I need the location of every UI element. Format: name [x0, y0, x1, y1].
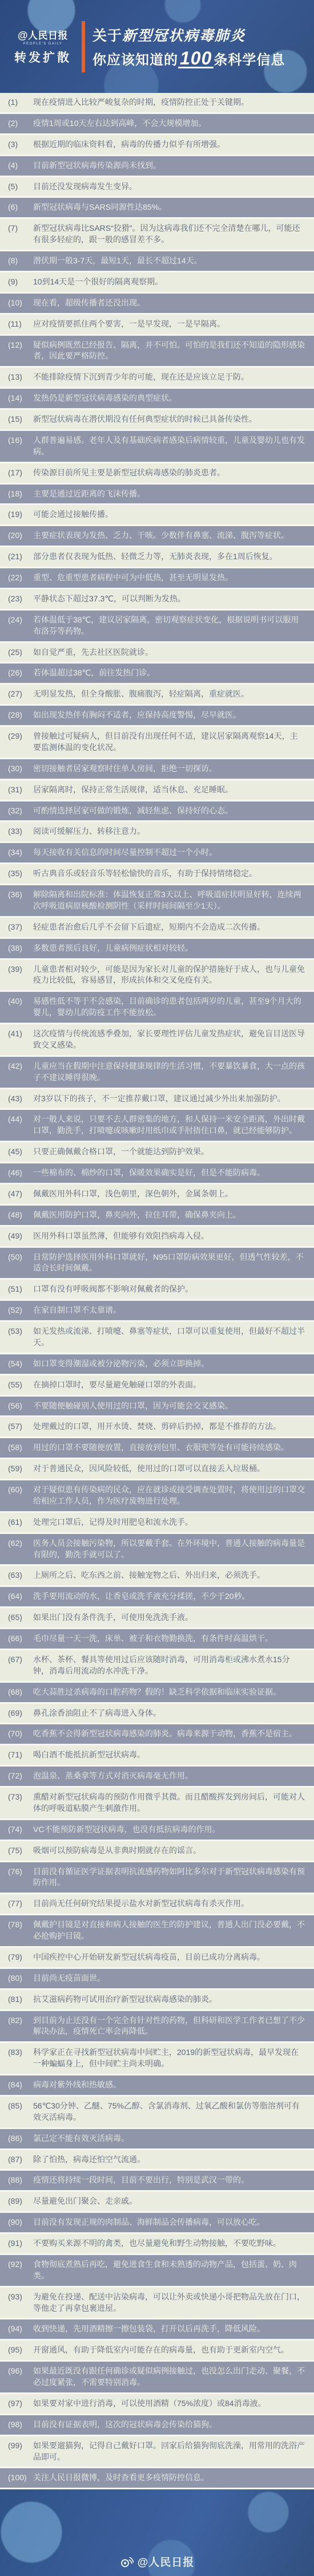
item-text: 病毒对紫外线和热敏感。	[33, 2079, 305, 2091]
item-number: (12)	[8, 340, 33, 363]
item-text: 居家隔离时，保持正常生活规律，适当休息、充足睡眠。	[33, 784, 305, 796]
list-item: (100) 关注人民日报微博，及时查看更多疫情防控信息。	[0, 2468, 314, 2488]
item-text: 应对疫情要抓住两个要害，一是早发现，一是早隔离。	[33, 319, 305, 330]
footer-credit-text: @人民日报	[138, 2554, 195, 2569]
list-item: (13) 不能排除疫情下沉到青少年的可能，现在还是应该立足于防。	[0, 368, 314, 387]
item-text: VC不能预防新型冠状病毒，也没有抵抗病毒的作用。	[33, 1824, 305, 1836]
item-text: 如果要对家中进行消毒，可以使用酒精（75%浓度）或84消毒液。	[33, 2398, 305, 2410]
list-item: (50) 日常防护选择医用外科口罩就好，N95口罩防病效果更好，但透气性较差，不…	[0, 1248, 314, 1279]
item-number: (46)	[8, 1167, 33, 1179]
list-item: (2) 疫情1周或10天左右达到高峰，不会大规模增加。	[0, 114, 314, 133]
item-number: (43)	[8, 1093, 33, 1105]
item-text: 新型冠状病毒比SARS“狡猾”。因为这病毒我们还不完全清楚在哪儿，可能还有很多轻…	[33, 223, 305, 246]
item-text: 抗艾滋病药物可试用治疗新型冠状病毒感染的肺炎。	[33, 1994, 305, 2005]
item-text: 处理戴过的口罩，用开水烫、焚烧、剪碎后扔掉，都是不推荐的方法。	[33, 1421, 305, 1433]
list-item: (59) 对于普通民众，因风险较低，使用过的口罩可以直接丢入垃圾桶。	[0, 1459, 314, 1479]
list-item: (92) 食物彻底煮熟后再吃，避免进食生食和未熟透的动物产品，包括蛋、奶、肉类。	[0, 2255, 314, 2286]
item-number: (60)	[8, 1484, 33, 1507]
item-text: 每天接收有关信息的时间尽量控制不超过一个小时。	[33, 847, 305, 858]
list-item: (31) 居家隔离时，保持正常生活规律，适当休息、充足睡眠。	[0, 780, 314, 800]
item-text: 到目前为止还没有一个完全有针对性的药物，但科研和医学工作者已想了不少解决办法，疫…	[33, 2015, 305, 2038]
list-item: (96) 如果最近既没有跟任何确诊或疑似病例接触过，也没怎么出门走动、聚餐，不必…	[0, 2362, 314, 2392]
item-number: (51)	[8, 1284, 33, 1295]
item-text: 佩戴护目镜是对直接和病人接触的医生的防护建议，普通人出门没必要戴，不必抢购护目镜…	[33, 1919, 305, 1942]
item-text: 在家自制口罩不太靠谱。	[33, 1305, 305, 1316]
item-text: 多数患者预后良好，儿童病例症状相对较轻。	[33, 943, 305, 954]
item-text: 目前没有发现正规的肉制品、海鲜制品会传播病毒，可以放心吃。	[33, 2217, 305, 2228]
item-number: (55)	[8, 1379, 33, 1391]
item-number: (3)	[8, 139, 33, 150]
item-number: (47)	[8, 1189, 33, 1200]
item-text: 如果最近既没有跟任何确诊或疑似病例接触过，也没怎么出门走动、聚餐，不必过度紧张，…	[33, 2366, 305, 2388]
item-number: (92)	[8, 2259, 33, 2282]
title-line-1: 关于新型冠状病毒肺炎	[92, 25, 309, 45]
list-item: (60) 对于疑似患有传染病的民众，应在就诊或接受调查处置时，将使用过的口罩交给…	[0, 1480, 314, 1511]
item-text: 用过的口罩不要随便放置，直接放到包里、衣服兜等处有可能持续感染。	[33, 1442, 305, 1454]
item-text: 疑似病例既然已经报告、隔离，并不可怕。可怕的是我们还不知道的隐形感染者，因此要严…	[33, 340, 305, 363]
item-number: (4)	[8, 160, 33, 172]
item-number: (83)	[8, 2047, 33, 2070]
item-number: (50)	[8, 1252, 33, 1275]
logo-subtitle: PEOPLE'S DAILY	[9, 42, 77, 46]
item-text: 轻症患者治愈后几乎不会留下后遗症，短期内不会造成二次传播。	[33, 922, 305, 933]
logo-name: @人民日报	[9, 27, 77, 42]
item-text: 如自觉严重，先去社区医院就诊。	[33, 647, 305, 658]
item-number: (44)	[8, 1114, 33, 1137]
item-number: (85)	[8, 2101, 33, 2123]
list-item: (98) 目前没有证据表明，这次的冠状病毒会传染给猫狗。	[0, 2415, 314, 2435]
header-banner: @人民日报 PEOPLE'S DAILY 转发扩散 关于新型冠状病毒肺炎 你应该…	[0, 0, 314, 93]
item-text: 目前新型冠状病毒传染源尚未找到。	[33, 160, 305, 172]
item-number: (99)	[8, 2440, 33, 2463]
item-text: 新型冠状病毒在潜伏期没有任何典型症状的时候已具备传染性。	[33, 414, 305, 425]
item-number: (82)	[8, 2015, 33, 2038]
item-number: (86)	[8, 2133, 33, 2144]
item-text: 科学家正在寻找新型冠状病毒中间贮主，2019的新型冠状病毒，最早发现在一种蝙蝠身…	[33, 2047, 305, 2070]
item-number: (100)	[8, 2472, 33, 2484]
footer-banner: @人民日报	[0, 2489, 314, 2576]
item-number: (19)	[8, 509, 33, 520]
item-number: (98)	[8, 2419, 33, 2431]
item-text: 对于普通民众，因风险较低，使用过的口罩可以直接丢入垃圾桶。	[33, 1463, 305, 1475]
item-text: 佩戴医用外科口罩，浅色朝里，深色朝外，金属条朝上。	[33, 1189, 305, 1200]
list-item: (28) 如出现发热伴有胸闷不适者，应保持高度警惕，尽早就医。	[0, 706, 314, 725]
item-number: (63)	[8, 1570, 33, 1581]
list-item: (41) 这次疫情与传统流感季叠加，家长要理性评估儿童发热症状，避免盲目送医导致…	[0, 1024, 314, 1055]
item-number: (42)	[8, 1061, 33, 1084]
item-text: 中国疾控中心开始研发新型冠状病毒疫苗，目前已成功分离病毒。	[33, 1952, 305, 1963]
item-text: 医务人员会接触污染物，所以要戴手套。在外环境中，普通人接触的病毒量是有限的，勤洗…	[33, 1538, 305, 1561]
logo-share-text: 转发扩散	[9, 48, 77, 66]
item-text: 一些棉布的、棉纱的口罩，保暖效果确实是好，但是不能防病毒。	[33, 1167, 305, 1179]
item-number: (33)	[8, 826, 33, 837]
list-item: (44) 对一般人来说，只要不去人群密集的地方，和人保持一米安全距离，外出时戴口…	[0, 1110, 314, 1141]
list-item: (56) 不要随便触碰别人使用过的口罩，因为可能会交叉感染。	[0, 1397, 314, 1416]
item-number: (21)	[8, 551, 33, 563]
item-number: (18)	[8, 489, 33, 500]
item-number: (73)	[8, 1792, 33, 1814]
footer-credit: @人民日报	[0, 2554, 314, 2569]
list-item: (46) 一些棉布的、棉纱的口罩，保暖效果确实是好，但是不能防病毒。	[0, 1163, 314, 1183]
item-number: (37)	[8, 922, 33, 933]
item-number: (66)	[8, 1633, 33, 1645]
item-text: 目前尚无疫苗面世。	[33, 1973, 305, 1984]
item-number: (97)	[8, 2398, 33, 2410]
list-item: (48) 佩戴医用防护口罩，鼻夹向外，拉住耳带，确保鼻夹向上。	[0, 1206, 314, 1225]
at-icon: @	[18, 30, 28, 41]
item-number: (10)	[8, 298, 33, 309]
item-number: (13)	[8, 372, 33, 383]
item-number: (7)	[8, 223, 33, 246]
item-number: (26)	[8, 668, 33, 679]
list-item: (68) 吃大蒜胜过杀病毒的口腔药物？假的！缺乏科学依据和临床实验证据。	[0, 1683, 314, 1702]
item-text: 这次疫情与传统流感季叠加，家长要理性评估儿童发热症状，避免盲目送医导致交叉感染。	[33, 1028, 305, 1051]
item-number: (81)	[8, 1994, 33, 2005]
item-number: (88)	[8, 2175, 33, 2186]
item-text: 传染源目前所见主要是新型冠状病毒感染的肺炎患者。	[33, 467, 305, 479]
list-item: (45) 只要正确佩戴合格口罩，一个就能达到防护效果。	[0, 1142, 314, 1162]
list-item: (15) 新型冠状病毒在潜伏期没有任何典型症状的时候已具备传染性。	[0, 410, 314, 429]
item-number: (34)	[8, 847, 33, 858]
item-text: 不要随便触碰别人使用过的口罩，因为可能会交叉感染。	[33, 1401, 305, 1412]
list-item: (86) 氯己定不能有效灭活病毒。	[0, 2129, 314, 2148]
list-item: (82) 到目前为止还没有一个完全有针对性的药物，但科研和医学工作者已想了不少解…	[0, 2011, 314, 2042]
item-number: (68)	[8, 1687, 33, 1698]
item-text: 平静状态下超过37.3℃，可以判断为发热。	[33, 593, 305, 605]
list-item: (93) 为避免在投递、配送中沾染病毒，可以让外卖或快递小哥把物品先放在门口，等…	[0, 2288, 314, 2318]
list-item: (53) 如无发热或流涕、打喷嚏、鼻塞等症状，口罩可以重复使用，但最好不超过半天…	[0, 1322, 314, 1353]
item-text: 吃香蕉不会得新型冠状病毒感染的肺炎。病毒来源于动物，香蕉不是宿主。	[33, 1728, 305, 1740]
list-item: (52) 在家自制口罩不太靠谱。	[0, 1301, 314, 1320]
list-item: (22) 重型、危重型患者病程中可为中低热，甚至无明显发热。	[0, 568, 314, 588]
item-text: 现在疫情进入比较严峻复杂的时期，疫情防控正处于关键期。	[33, 97, 305, 108]
list-item: (78) 佩戴护目镜是对直接和病人接触的医生的防护建议，普通人出门没必要戴，不必…	[0, 1915, 314, 1946]
list-item: (4) 目前新型冠状病毒传染源尚未找到。	[0, 156, 314, 176]
item-text: 不能排除疫情下沉到青少年的可能，现在还是应该立足于防。	[33, 372, 305, 383]
list-item: (62) 医务人员会接触污染物，所以要戴手套。在外环境中，普通人接触的病毒量是有…	[0, 1534, 314, 1565]
item-text: 吃大蒜胜过杀病毒的口腔药物？假的！缺乏科学依据和临床实验证据。	[33, 1687, 305, 1698]
list-item: (80) 目前尚无疫苗面世。	[0, 1969, 314, 1988]
item-text: 无明显发热，但全身酸胀、腹痛腹泻，轻症隔离，重症就医。	[33, 689, 305, 700]
list-item: (23) 平静状态下超过37.3℃，可以判断为发热。	[0, 589, 314, 609]
item-text: 日常防护选择医用外科口罩就好，N95口罩防病效果更好，但透气性较差，不适合长时间…	[33, 1252, 305, 1275]
item-number: (38)	[8, 943, 33, 954]
item-number: (35)	[8, 868, 33, 880]
list-item: (66) 毛巾尽量一天一洗，床单、被子和衣物勤换洗，有条件时高温烘干。	[0, 1629, 314, 1649]
list-item: (17) 传染源目前所见主要是新型冠状病毒感染的肺炎患者。	[0, 463, 314, 483]
list-item: (75) 吸烟可以预防病毒是从非典时期就存在的谣言。	[0, 1841, 314, 1861]
item-number: (11)	[8, 319, 33, 330]
list-item: (65) 如果出门没有条件洗手，可使用免洗洗手液。	[0, 1608, 314, 1627]
item-text: 若体温超过38℃，前往发热门诊。	[33, 668, 305, 679]
item-text: 疫情1周或10天左右达到高峰，不会大规模增加。	[33, 118, 305, 129]
item-text: 可能会通过接触传播。	[33, 509, 305, 520]
list-item: (91) 不要购买来源不明的禽类，也尽量避免和野生动物接触，不要吃野味。	[0, 2234, 314, 2253]
list-item: (63) 上厕所之后、吃东西之前、接触宠物之后、外出归来，必须洗手。	[0, 1566, 314, 1585]
list-item: (14) 发热仍是新型冠状病毒感染的典型症状。	[0, 389, 314, 408]
list-item: (5) 目前还没发现病毒发生变异。	[0, 177, 314, 197]
item-number: (15)	[8, 414, 33, 425]
list-item: (54) 如口罩变得潮湿或被分泌物污染，必须立即换掉。	[0, 1354, 314, 1374]
item-text: 水杯、茶杯、餐具等使用过后应该随时消毒，可用消毒柜或沸水煮水15分钟，消毒后用流…	[33, 1654, 305, 1677]
list-item: (25) 如自觉严重，先去社区医院就诊。	[0, 643, 314, 662]
item-text: 发热仍是新型冠状病毒感染的典型症状。	[33, 393, 305, 404]
item-number: (74)	[8, 1824, 33, 1836]
item-number: (58)	[8, 1442, 33, 1454]
list-item: (47) 佩戴医用外科口罩，浅色朝里，深色朝外，金属条朝上。	[0, 1185, 314, 1204]
list-item: (95) 开窗通风，有助于降低室内可能存在的病毒量，也有助于更新室内空气。	[0, 2341, 314, 2360]
item-number: (29)	[8, 731, 33, 754]
item-number: (76)	[8, 1866, 33, 1889]
item-text: 重型、危重型患者病程中可为中低热，甚至无明显发热。	[33, 572, 305, 584]
item-number: (17)	[8, 467, 33, 479]
list-item: (12) 疑似病例既然已经报告、隔离，并不可怕。可怕的是我们还不知道的隐形感染者…	[0, 336, 314, 367]
list-item: (38) 多数患者预后良好，儿童病例症状相对较轻。	[0, 939, 314, 958]
item-number: (16)	[8, 435, 33, 458]
list-item: (89) 尽量避免出门聚会、走亲戚。	[0, 2192, 314, 2211]
item-number: (36)	[8, 889, 33, 912]
item-number: (23)	[8, 593, 33, 605]
list-item: (6) 新型冠状病毒与SARS同源性达85%。	[0, 198, 314, 217]
item-text: 部分患者仅表现为低热、轻微乏力等，无肺炎表现，多在1周后恢复。	[33, 551, 305, 563]
list-item: (18) 主要是通过近距离的飞沫传播。	[0, 485, 314, 504]
list-item: (43) 对3岁以下的孩子，不一定推荐戴口罩，建议通过减少外出来加强防护。	[0, 1089, 314, 1109]
list-item: (69) 鼻孔涂香油阻止不了病毒进入身体。	[0, 1704, 314, 1723]
list-item: (88) 疫情还将持续一段时间，目前不要出行，特别是武汉一带的。	[0, 2171, 314, 2190]
list-item: (40) 易感性低不等于不会感染，目前确诊的患者包括两岁的儿童，甚至9个月大的婴…	[0, 992, 314, 1023]
item-text: 人群普遍易感。老年人及有基础疾病者感染后病情较重，儿童及婴幼儿也有发病。	[33, 435, 305, 458]
list-item: (83) 科学家正在寻找新型冠状病毒中间贮主，2019的新型冠状病毒，最早发现在…	[0, 2043, 314, 2074]
item-text: 根据近期的临床资料看，病毒的传播力似乎有所增强。	[33, 139, 305, 150]
item-text: 不要购买来源不明的禽类，也尽量避免和野生动物接触，不要吃野味。	[33, 2238, 305, 2249]
item-text: 在摘掉口罩时，要尽量避免触碰口罩的外表面。	[33, 1379, 305, 1391]
item-number: (39)	[8, 964, 33, 987]
item-text: 对一般人来说，只要不去人群密集的地方，和人保持一米安全距离，外出时戴口罩，勤洗手…	[33, 1114, 305, 1137]
item-number: (32)	[8, 805, 33, 817]
list-item: (55) 在摘掉口罩时，要尽量避免触碰口罩的外表面。	[0, 1376, 314, 1395]
item-text: 吸烟可以预防病毒是从非典时期就存在的谣言。	[33, 1845, 305, 1857]
item-text: 目前没有循证医学证据表明抗流感药物如阿比多尔对于新型冠状病毒感染有预防作用。	[33, 1866, 305, 1889]
info-list: (1) 现在疫情进入比较严峻复杂的时期，疫情防控正处于关键期。 (2) 疫情1周…	[0, 93, 314, 2488]
item-text: 熏醋对新型冠状病毒的预防作用微乎其微。而且醋酸挥发到房间后，可能对人体的呼吸道粘…	[33, 1792, 305, 1814]
list-item: (51) 口罩有没有呼吸阀都不影响对佩戴者的保护。	[0, 1280, 314, 1299]
item-text: 目前还没发现病毒发生变异。	[33, 181, 305, 193]
item-number: (40)	[8, 996, 33, 1019]
item-number: (2)	[8, 118, 33, 129]
item-text: 儿童患者相对较少，可能是因为家长对儿童的保护措施好于成人，也与儿童免疫力比较低，…	[33, 964, 305, 987]
item-text: 医用外科口罩虽然薄，但能够有效阻挡病毒入侵。	[33, 1231, 305, 1242]
item-number: (89)	[8, 2196, 33, 2207]
item-text: 56℃30分钟、乙醚、75%乙醇、含氯消毒剂、过氧乙酸和氯仿等脂溶剂可有效灭活病…	[33, 2101, 305, 2123]
item-text: 上厕所之后、吃东西之前、接触宠物之后、外出归来，必须洗手。	[33, 1570, 305, 1581]
list-item: (49) 医用外科口罩虽然薄，但能够有效阻挡病毒入侵。	[0, 1227, 314, 1246]
item-text: 毛巾尽量一天一洗，床单、被子和衣物勤换洗，有条件时高温烘干。	[33, 1633, 305, 1645]
item-text: 听古典音乐或轻音乐等轻松愉快的音乐，有助于保持情绪稳定。	[33, 868, 305, 880]
item-number: (67)	[8, 1654, 33, 1677]
item-number: (45)	[8, 1146, 33, 1158]
list-item: (27) 无明显发热，但全身酸胀、腹痛腹泻，轻症隔离，重症就医。	[0, 685, 314, 704]
item-number: (75)	[8, 1845, 33, 1857]
item-number: (78)	[8, 1919, 33, 1942]
list-item: (8) 潜伏期一般3-7天，最短1天，最长不超过14天。	[0, 251, 314, 271]
list-item: (19) 可能会通过接触传播。	[0, 505, 314, 524]
item-text: 解除隔离和出院标准：体温恢复正常3天以上、呼吸道症状明显好转，连续两次呼吸道病原…	[33, 889, 305, 912]
list-item: (1) 现在疫情进入比较严峻复杂的时期，疫情防控正处于关键期。	[0, 93, 314, 112]
list-item: (87) 除了怕热，病毒还怕空气流通。	[0, 2150, 314, 2170]
item-number: (64)	[8, 1591, 33, 1602]
item-number: (22)	[8, 572, 33, 584]
list-item: (7) 新型冠状病毒比SARS“狡猾”。因为这病毒我们还不完全清楚在哪儿，可能还…	[0, 219, 314, 250]
list-item: (33) 阅读可缓解压力、转移注意力。	[0, 822, 314, 841]
list-item: (16) 人群普遍易感。老年人及有基础疾病者感染后病情较重，儿童及婴幼儿也有发病…	[0, 431, 314, 462]
item-number: (61)	[8, 1517, 33, 1528]
list-item: (58) 用过的口罩不要随便放置，直接放到包里、衣服兜等处有可能持续感染。	[0, 1438, 314, 1458]
list-item: (29) 曾接触过可疑病人，但目前没有出现任何不适，建议居家隔离观察14天，主要…	[0, 727, 314, 758]
item-number: (24)	[8, 615, 33, 637]
item-number: (95)	[8, 2345, 33, 2356]
list-item: (21) 部分患者仅表现为低热、轻微乏力等，无肺炎表现，多在1周后恢复。	[0, 547, 314, 567]
list-item: (71) 喝白酒不能抵抗新型冠状病毒。	[0, 1745, 314, 1765]
item-text: 收到快递，先用酒精擦一擦包装袋，打开以后再洗手，降低风险。	[33, 2323, 305, 2335]
item-number: (70)	[8, 1728, 33, 1740]
list-item: (34) 每天接收有关信息的时间尽量控制不超过一个小时。	[0, 843, 314, 862]
list-item: (74) VC不能预防新型冠状病毒，也没有抵抗病毒的作用。	[0, 1820, 314, 1840]
item-number: (28)	[8, 710, 33, 721]
item-text: 喝白酒不能抵抗新型冠状病毒。	[33, 1749, 305, 1761]
page-title: 关于新型冠状病毒肺炎 你应该知道的100条科学信息	[92, 25, 314, 68]
item-text: 密切接触者居家观察时住单人房间，拒绝一切探访。	[33, 763, 305, 775]
title-number-100: 100	[178, 50, 214, 68]
item-text: 目前尚无任何研究结果提示盐水对新型冠状病毒有杀灭作用。	[33, 1898, 305, 1910]
list-item: (77) 目前尚无任何研究结果提示盐水对新型冠状病毒有杀灭作用。	[0, 1894, 314, 1914]
item-text: 主要症状表现为发热、乏力、干咳。少数伴有鼻塞、流涕、腹泻等症状。	[33, 530, 305, 542]
item-text: 开窗通风，有助于降低室内可能存在的病毒量，也有助于更新室内空气。	[33, 2345, 305, 2356]
item-number: (41)	[8, 1028, 33, 1051]
item-text: 目前没有证据表明，这次的冠状病毒会传染给猫狗。	[33, 2419, 305, 2431]
item-number: (25)	[8, 647, 33, 658]
item-number: (93)	[8, 2292, 33, 2314]
item-text: 佩戴医用防护口罩，鼻夹向外，拉住耳带，确保鼻夹向上。	[33, 1210, 305, 1221]
item-text: 如出现发热伴有胸闷不适者，应保持高度警惕，尽早就医。	[33, 710, 305, 721]
item-text: 口罩有没有呼吸阀都不影响对佩戴者的保护。	[33, 1284, 305, 1295]
list-item: (90) 目前没有发现正规的肉制品、海鲜制品会传播病毒，可以放心吃。	[0, 2213, 314, 2232]
item-number: (48)	[8, 1210, 33, 1221]
item-number: (6)	[8, 202, 33, 213]
weibo-icon	[120, 2556, 134, 2567]
item-text: 除了怕热，病毒还怕空气流通。	[33, 2154, 305, 2166]
title-script-part: 新型冠状病毒肺炎	[122, 28, 245, 44]
item-text: 疫情还将持续一段时间，目前不要出行，特别是武汉一带的。	[33, 2175, 305, 2186]
list-item: (81) 抗艾滋病药物可试用治疗新型冠状病毒感染的肺炎。	[0, 1990, 314, 2009]
item-number: (77)	[8, 1898, 33, 1910]
item-number: (1)	[8, 97, 33, 108]
title-line-2: 你应该知道的100条科学信息	[92, 48, 309, 68]
item-text: 对于疑似患有传染病的民众，应在就诊或接受调查处置时，将使用过的口罩交给相应工作人…	[33, 1484, 305, 1507]
item-number: (20)	[8, 530, 33, 542]
item-number: (57)	[8, 1421, 33, 1433]
item-text: 潜伏期一般3-7天，最短1天，最长不超过14天。	[33, 255, 305, 267]
item-text: 氯己定不能有效灭活病毒。	[33, 2133, 305, 2144]
list-item: (30) 密切接触者居家观察时住单人房间，拒绝一切探访。	[0, 759, 314, 779]
item-text: 可酌情选择居家可做的锻炼，减轻焦虑、保持好的心态。	[33, 805, 305, 817]
peoples-daily-logo: @人民日报 PEOPLE'S DAILY 转发扩散	[9, 27, 77, 66]
item-number: (59)	[8, 1463, 33, 1475]
item-number: (94)	[8, 2323, 33, 2335]
item-text: 阅读可缓解压力、转移注意力。	[33, 826, 305, 837]
item-number: (87)	[8, 2154, 33, 2166]
list-item: (94) 收到快递，先用酒精擦一擦包装袋，打开以后再洗手，降低风险。	[0, 2319, 314, 2339]
item-number: (56)	[8, 1401, 33, 1412]
item-text: 儿童应当在假期中注意保持健康规律的生活习惯，不要暴饮暴食，大一点的孩子不建议睡得…	[33, 1061, 305, 1084]
item-text: 尽量避免出门聚会、走亲戚。	[33, 2196, 305, 2207]
item-number: (71)	[8, 1749, 33, 1761]
item-text: 洗手要用流动的水，让香皂或洗手液充分揉搓，不少于20秒。	[33, 1591, 305, 1602]
item-number: (14)	[8, 393, 33, 404]
list-item: (32) 可酌情选择居家可做的锻炼，减轻焦虑、保持好的心态。	[0, 801, 314, 821]
item-text: 现在看，超级传播者还没出现。	[33, 298, 305, 309]
list-item: (24) 若体温低于38℃，建议居家隔离，密切观察症状变化，根据说明书可以服用布…	[0, 611, 314, 641]
item-number: (79)	[8, 1952, 33, 1963]
list-item: (99) 如果要遛猫狗，记得自己戴好口罩。回家后给猫狗彻底洗澡，用常用的洗浴产品…	[0, 2436, 314, 2467]
item-number: (9)	[8, 276, 33, 288]
item-number: (8)	[8, 255, 33, 267]
list-item: (97) 如果要对家中进行消毒，可以使用酒精（75%浓度）或84消毒液。	[0, 2394, 314, 2414]
list-item: (37) 轻症患者治愈后几乎不会留下后遗症，短期内不会造成二次传播。	[0, 918, 314, 937]
item-number: (96)	[8, 2366, 33, 2388]
item-text: 如果出门没有条件洗手，可使用免洗洗手液。	[33, 1612, 305, 1623]
item-number: (49)	[8, 1231, 33, 1242]
item-text: 如果要遛猫狗，记得自己戴好口罩。回家后给猫狗彻底洗澡，用常用的洗浴产品即可。	[33, 2440, 305, 2463]
item-number: (65)	[8, 1612, 33, 1623]
list-item: (39) 儿童患者相对较少，可能是因为家长对儿童的保护措施好于成人，也与儿童免疫…	[0, 960, 314, 991]
list-item: (35) 听古典音乐或轻音乐等轻松愉快的音乐，有助于保持情绪稳定。	[0, 864, 314, 884]
item-number: (62)	[8, 1538, 33, 1561]
list-item: (84) 病毒对紫外线和热敏感。	[0, 2076, 314, 2095]
list-item: (3) 根据近期的临床资料看，病毒的传播力似乎有所增强。	[0, 135, 314, 154]
item-text: 只要正确佩戴合格口罩，一个就能达到防护效果。	[33, 1146, 305, 1158]
list-item: (42) 儿童应当在假期中注意保持健康规律的生活习惯，不要暴饮暴食，大一点的孩子…	[0, 1057, 314, 1088]
item-number: (53)	[8, 1326, 33, 1349]
item-number: (54)	[8, 1358, 33, 1370]
item-text: 曾接触过可疑病人，但目前没有出现任何不适，建议居家隔离观察14天，主要监测体温的…	[33, 731, 305, 754]
item-number: (30)	[8, 763, 33, 775]
list-item: (72) 泡温泉、蒸桑拿等方式对消灭病毒毫无作用。	[0, 1767, 314, 1786]
item-number: (80)	[8, 1973, 33, 1984]
list-item: (36) 解除隔离和出院标准：体温恢复正常3天以上、呼吸道症状明显好转，连续两次…	[0, 885, 314, 916]
list-item: (9) 10到14天是一个很好的隔离观察期。	[0, 272, 314, 292]
list-item: (73) 熏醋对新型冠状病毒的预防作用微乎其微。而且醋酸挥发到房间后，可能对人体…	[0, 1788, 314, 1818]
list-item: (85) 56℃30分钟、乙醚、75%乙醇、含氯消毒剂、过氧乙酸和氯仿等脂溶剂可…	[0, 2097, 314, 2127]
item-text: 10到14天是一个很好的隔离观察期。	[33, 276, 305, 288]
item-number: (72)	[8, 1771, 33, 1782]
item-text: 为避免在投递、配送中沾染病毒，可以让外卖或快递小哥把物品先放在门口，等他走了再拿…	[33, 2292, 305, 2314]
item-number: (91)	[8, 2238, 33, 2249]
item-text: 若体温低于38℃，建议居家隔离，密切观察症状变化，根据说明书可以服用布洛芬等药物…	[33, 615, 305, 637]
item-number: (52)	[8, 1305, 33, 1316]
item-text: 处理完口罩后，记得及时用肥皂和流水洗手。	[33, 1517, 305, 1528]
item-text: 食物彻底煮熟后再吃，避免进食生食和未熟透的动物产品，包括蛋、奶、肉类。	[33, 2259, 305, 2282]
item-number: (27)	[8, 689, 33, 700]
item-text: 如无发热或流涕、打喷嚏、鼻塞等症状，口罩可以重复使用，但最好不超过半天。	[33, 1326, 305, 1349]
item-text: 主要是通过近距离的飞沫传播。	[33, 489, 305, 500]
item-text: 鼻孔涂香油阻止不了病毒进入身体。	[33, 1708, 305, 1719]
item-number: (90)	[8, 2217, 33, 2228]
orange-divider-bar	[82, 21, 85, 72]
list-item: (10) 现在看，超级传播者还没出现。	[0, 294, 314, 313]
item-text: 易感性低不等于不会感染，目前确诊的患者包括两岁的儿童，甚至9个月大的婴儿，婴幼儿…	[33, 996, 305, 1019]
list-item: (26) 若体温超过38℃，前往发热门诊。	[0, 664, 314, 683]
item-text: 如口罩变得潮湿或被分泌物污染，必须立即换掉。	[33, 1358, 305, 1370]
